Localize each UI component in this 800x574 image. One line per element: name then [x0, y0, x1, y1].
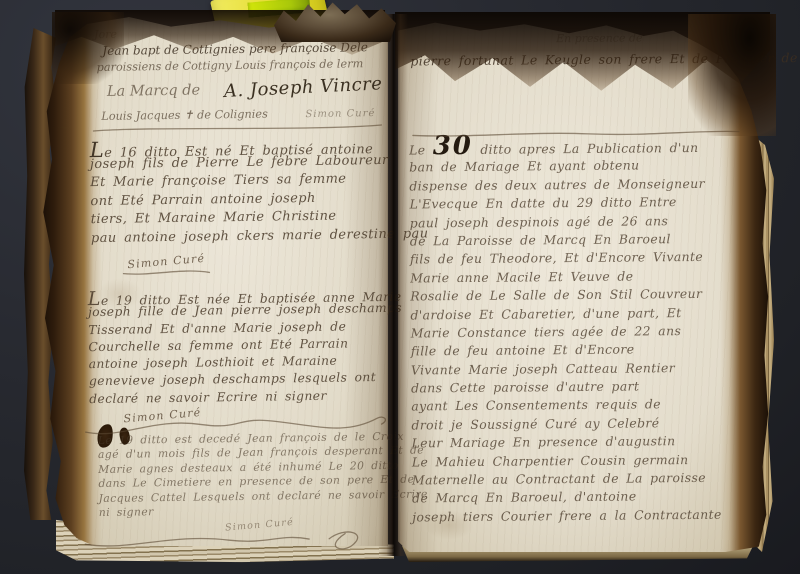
marriage-entry-30: Le 30 ditto apres La Publication d'un ba… [409, 139, 722, 528]
signature-flourish-icon [121, 267, 211, 276]
mark-row: La Marcq de A. Joseph Vincre [107, 76, 383, 101]
cure-signature: Simon Curé [305, 108, 375, 120]
gutter-shadow [378, 14, 408, 556]
baptism-entry-19: Le 19 ditto Est née Et baptisée anne Mar… [88, 284, 404, 409]
handwritten-line: joseph tiers Courier frere a la Contract… [412, 507, 722, 528]
charred-corner [52, 12, 124, 84]
mark-label: La Marcq de [107, 83, 200, 100]
handwritten-line: Louis Jacques ✝ de Colignies [101, 108, 268, 123]
charred-corner [688, 14, 776, 136]
manuscript-photo: Jore Jean bapt de Cottignies pere franço… [0, 0, 800, 574]
handwritten-text: Le [409, 142, 426, 157]
large-flourish-icon [81, 410, 393, 440]
handwritten-text: ditto apres La Publication d'un [480, 140, 698, 157]
large-flourish-icon [79, 526, 409, 555]
